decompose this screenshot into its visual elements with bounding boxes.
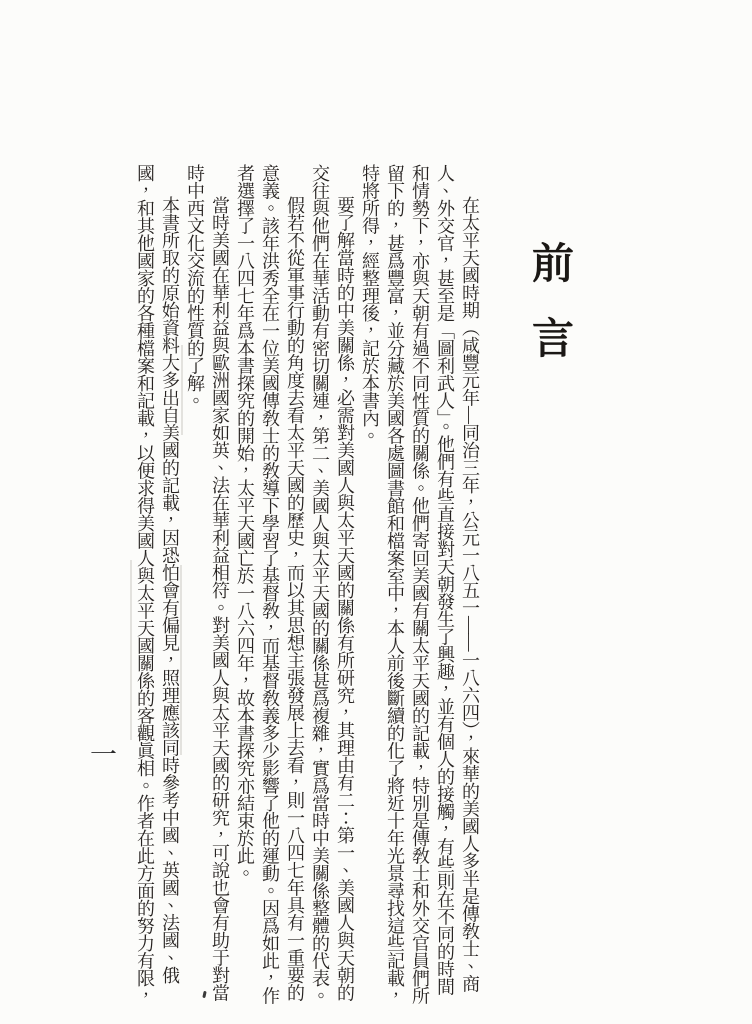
- paragraph: 要了解當時的中美關係，必需對美國人與太平天國的關係有所研究，其理由有二：第一、美…: [307, 164, 357, 1008]
- page-title: 前言: [519, 241, 579, 391]
- scanned-book-page: 前言 在太平天國時期（咸豐元年—同治三年，公元一八五一——一八六四），來華的美國…: [0, 0, 752, 1024]
- paragraph: 假若不從軍事行動的角度去看太平天國的歷史，而以其思想主張發展上去看，則一八四七年…: [232, 164, 307, 1008]
- paragraph: 在太平天國時期（咸豐元年—同治三年，公元一八五一——一八六四），來華的美國人多半…: [357, 164, 482, 1008]
- scan-smudge: [180, 565, 182, 755]
- paragraph: 本書所取的原始資料大多出自美國的記載，因恐怕會有偏見，照理應該同時參考中國、英國…: [132, 164, 182, 1008]
- preface-body: 在太平天國時期（咸豐元年—同治三年，公元一八五一——一八六四），來華的美國人多半…: [132, 164, 482, 1008]
- scan-smudge: [181, 345, 183, 435]
- page-number: 一: [90, 742, 117, 769]
- scan-smudge: [130, 560, 132, 740]
- paragraph: 當時美國在華利益與歐洲國家如英、法在華利益相符。對美國人與太平天國的研究，可說也…: [182, 164, 232, 1008]
